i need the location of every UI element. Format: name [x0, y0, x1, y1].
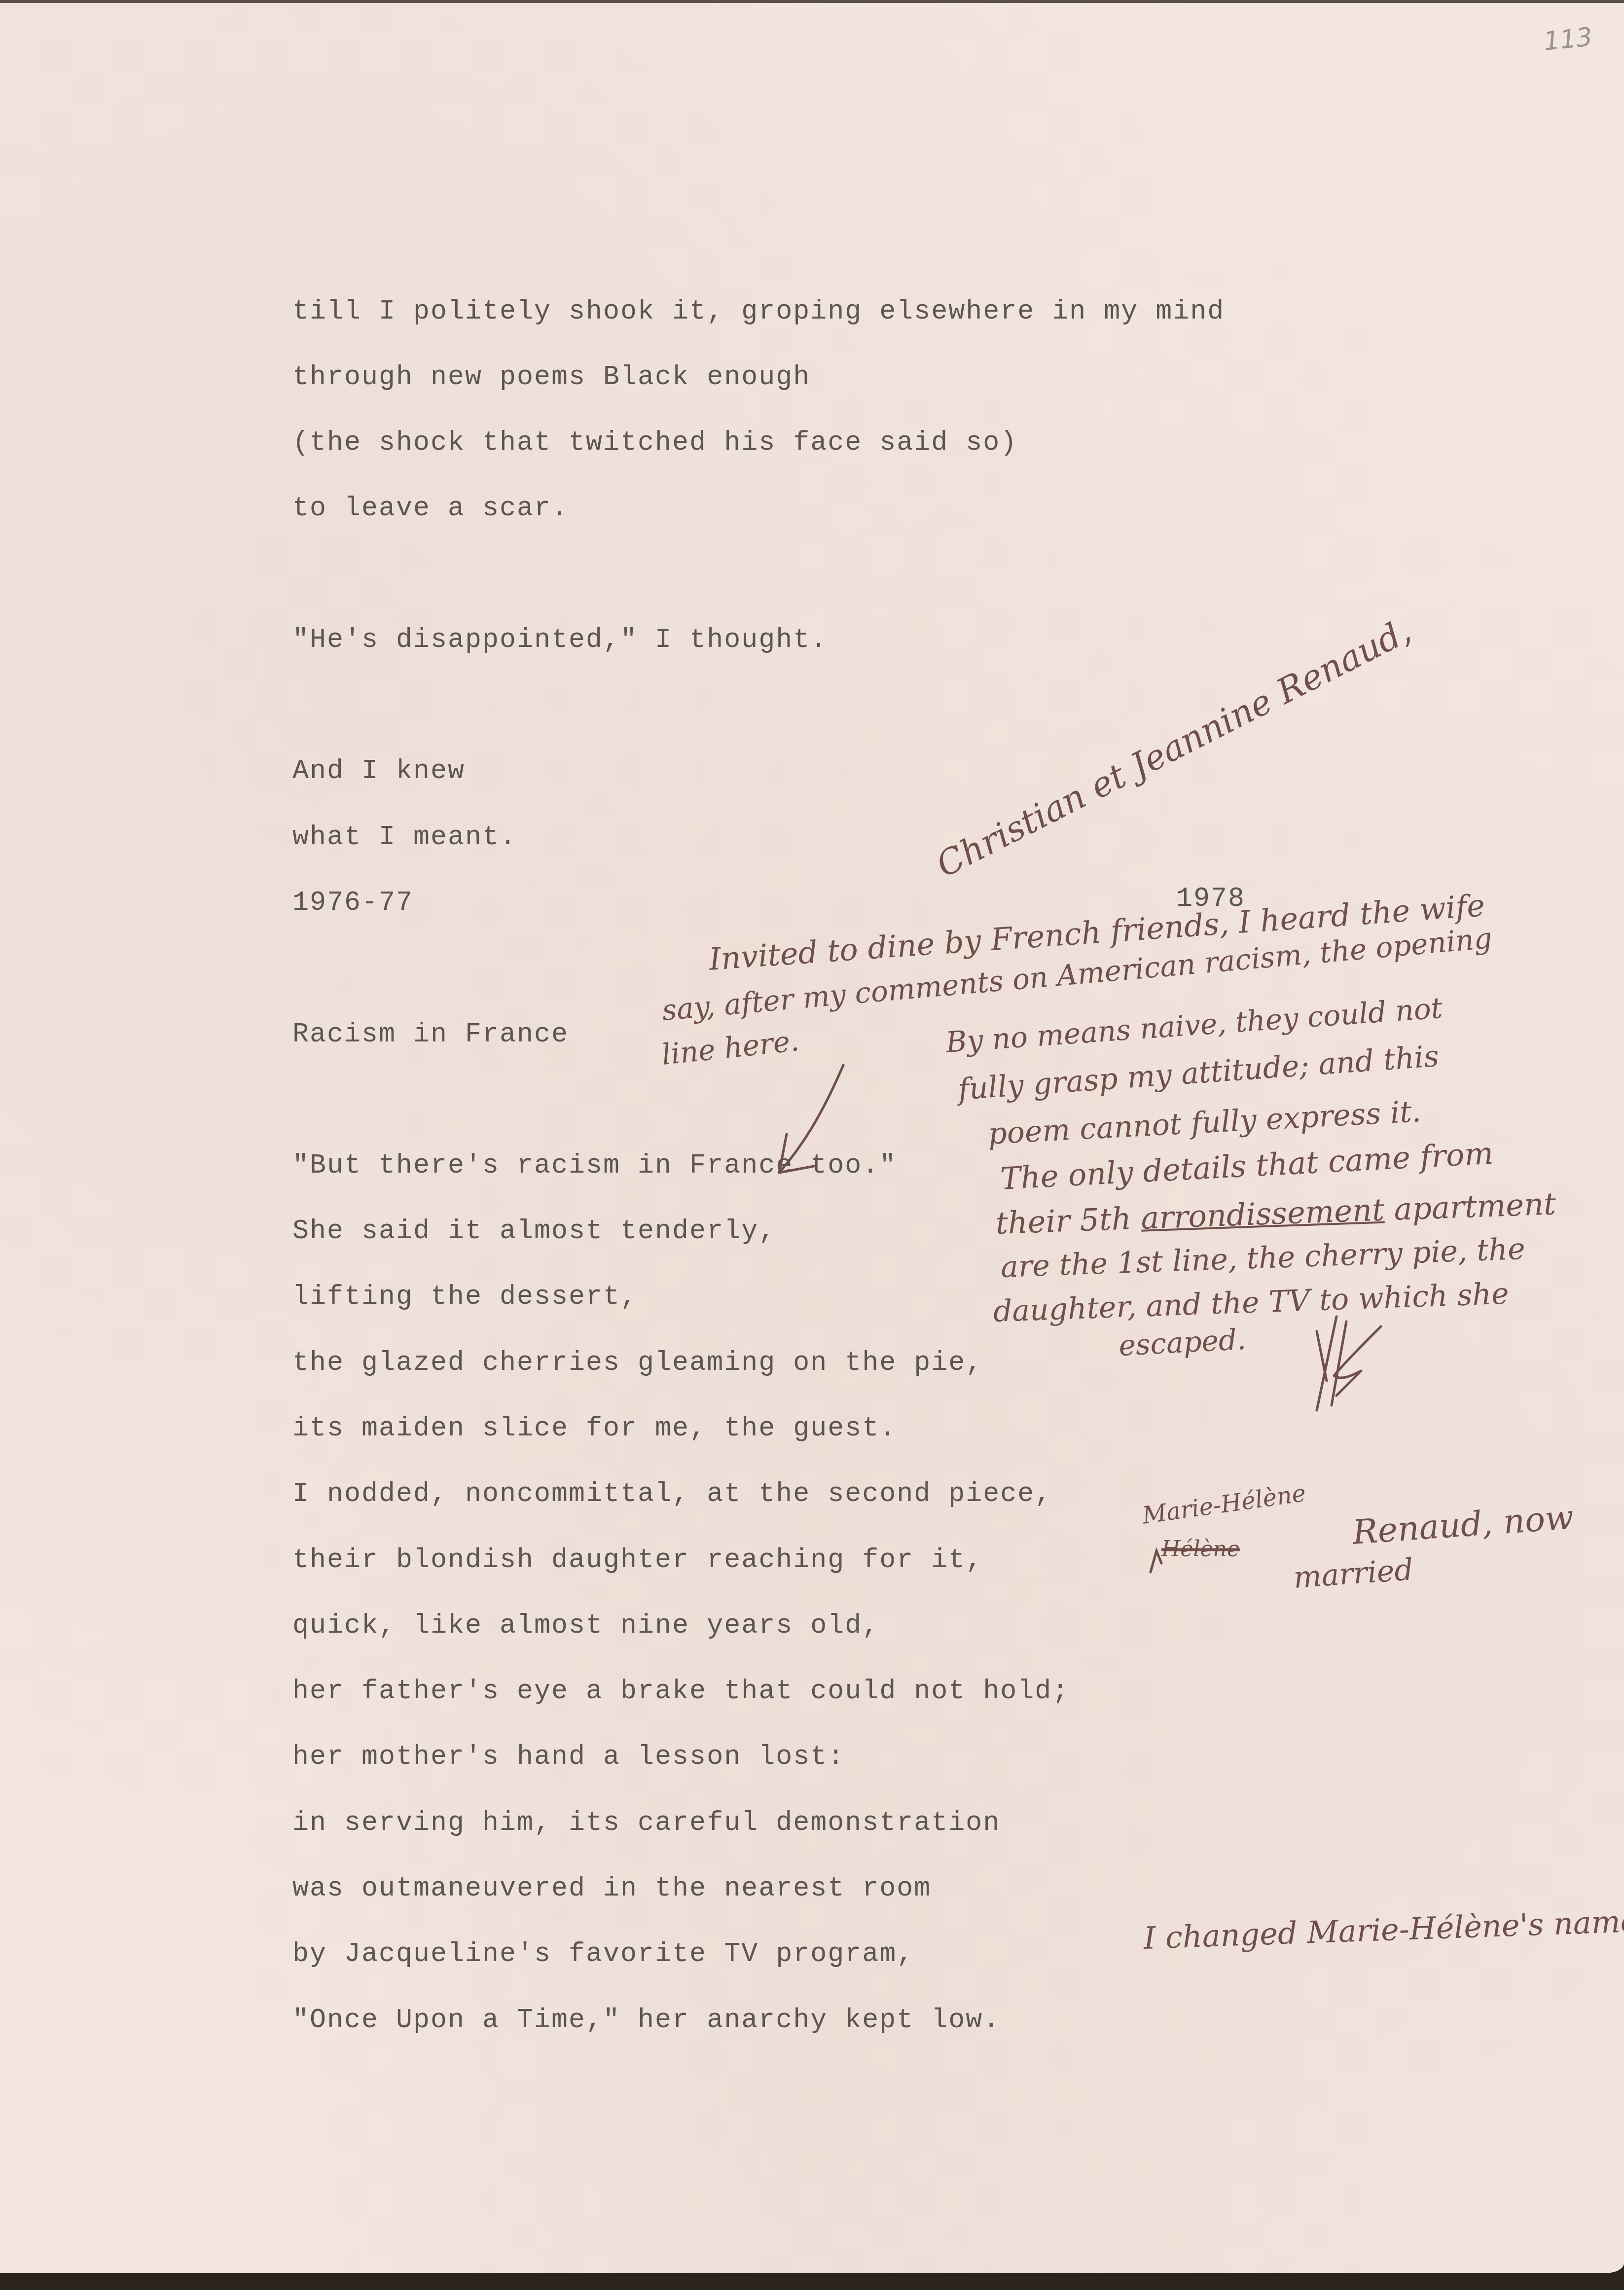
manuscript-page: 113 till I politely shook it, groping el…	[0, 0, 1624, 2273]
typed-line: in serving him, its careful demonstratio…	[292, 1809, 1000, 1836]
initials-signature-icon	[1307, 1312, 1386, 1420]
struck-name: Hélène	[1161, 1539, 1240, 1560]
typed-line: its maiden slice for me, the guest.	[292, 1415, 897, 1442]
handwritten-margin-note: are the 1st line, the cherry pie, the	[1000, 1234, 1526, 1282]
arrow-icon	[769, 1060, 848, 1179]
typed-line: "Once Upon a Time," her anarchy kept low…	[292, 2006, 1000, 2034]
typed-quote-line: "He's disappointed," I thought.	[292, 626, 828, 653]
typed-line: She said it almost tenderly,	[292, 1217, 776, 1245]
handwritten-hosts-note: Christian et Jeannine Renaud,	[931, 613, 1416, 883]
page-number: 113	[1542, 22, 1594, 57]
typed-line: her mother's hand a lesson lost:	[292, 1743, 845, 1770]
handwritten-name-note: Renaud, now	[1351, 1501, 1575, 1550]
underlined-word: arrondissement	[1140, 1192, 1385, 1236]
handwritten-name-note: married	[1293, 1555, 1414, 1593]
handwritten-margin-note: their 5th arrondissement apartment	[995, 1188, 1556, 1239]
scan-edge	[0, 0, 1624, 3]
typed-line: I nodded, noncommittal, at the second pi…	[292, 1480, 1052, 1507]
typed-line: lifting the dessert,	[292, 1283, 638, 1310]
handwritten-margin-note: poem cannot fully express it.	[987, 1097, 1422, 1149]
poem-title: Racism in France	[292, 1021, 569, 1048]
handwritten-insert-name: Marie-Hélène	[1141, 1481, 1307, 1528]
typed-line: (the shock that twitched his face said s…	[292, 429, 1017, 456]
poem-date: 1976-77	[292, 889, 413, 916]
typed-line: And I knew	[292, 757, 465, 785]
typed-line: what I meant.	[292, 823, 517, 851]
typed-line: to leave a scar.	[292, 495, 569, 522]
typed-line: their blondish daughter reaching for it,	[292, 1546, 983, 1574]
typed-line: through new poems Black enough	[292, 363, 810, 391]
handwritten-margin-note: daughter, and the TV to which she	[993, 1279, 1510, 1326]
typed-line: quick, like almost nine years old,	[292, 1612, 879, 1639]
typed-line: the glazed cherries gleaming on the pie,	[292, 1349, 983, 1376]
typed-line: till I politely shook it, groping elsewh…	[292, 298, 1225, 325]
typed-line: her father's eye a brake that could not …	[292, 1678, 1069, 1705]
handwritten-margin-note: escaped.	[1118, 1325, 1247, 1360]
typed-line: by Jacqueline's favorite TV program,	[292, 1940, 914, 1968]
handwritten-name-change-note: I changed Marie-Hélène's name.	[1143, 1905, 1624, 1954]
typed-line: was outmaneuvered in the nearest room	[292, 1875, 931, 1902]
